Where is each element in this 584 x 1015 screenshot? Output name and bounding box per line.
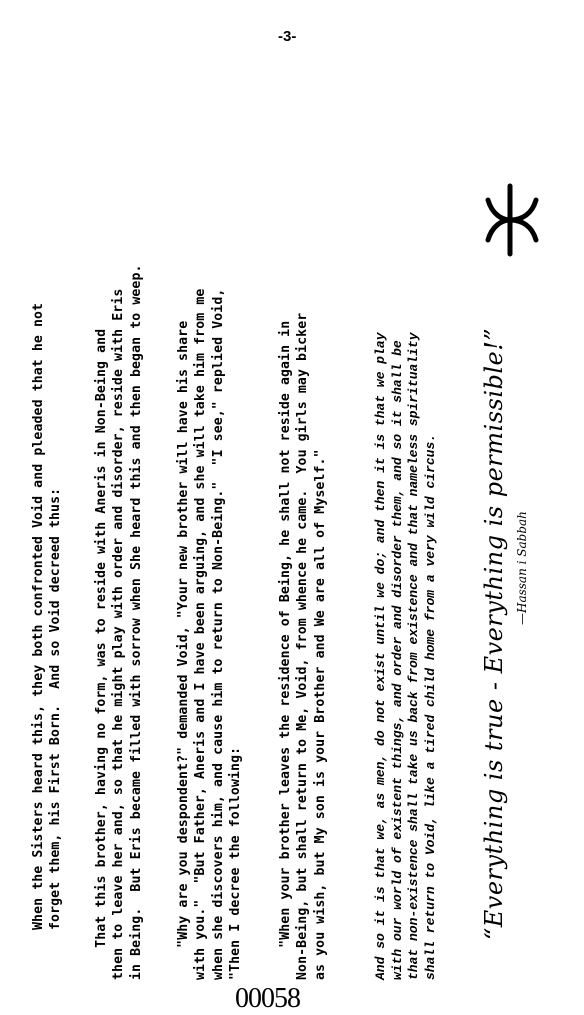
italic-paragraph: And so it is that we, as men, do not exi…: [373, 332, 439, 980]
paragraph-3: "Why are you despondent?" demanded Void,…: [175, 289, 245, 980]
rotated-page-content: When the Sisters heard this, they both c…: [20, 75, 580, 980]
bates-number: 00058: [235, 983, 300, 1015]
paragraph-1: When the Sisters heard this, they both c…: [30, 303, 65, 930]
page-number: -3-: [278, 28, 296, 45]
erisian-symbol-icon: [482, 180, 542, 260]
paragraph-2: That this brother, having no form, was t…: [93, 264, 145, 980]
quote-attribution: —Hassan i Sabbah: [515, 511, 529, 625]
paragraph-4: "When your brother leaves the residence …: [277, 313, 329, 980]
handwritten-quote: “Everything is true - Everything is perm…: [480, 328, 508, 940]
